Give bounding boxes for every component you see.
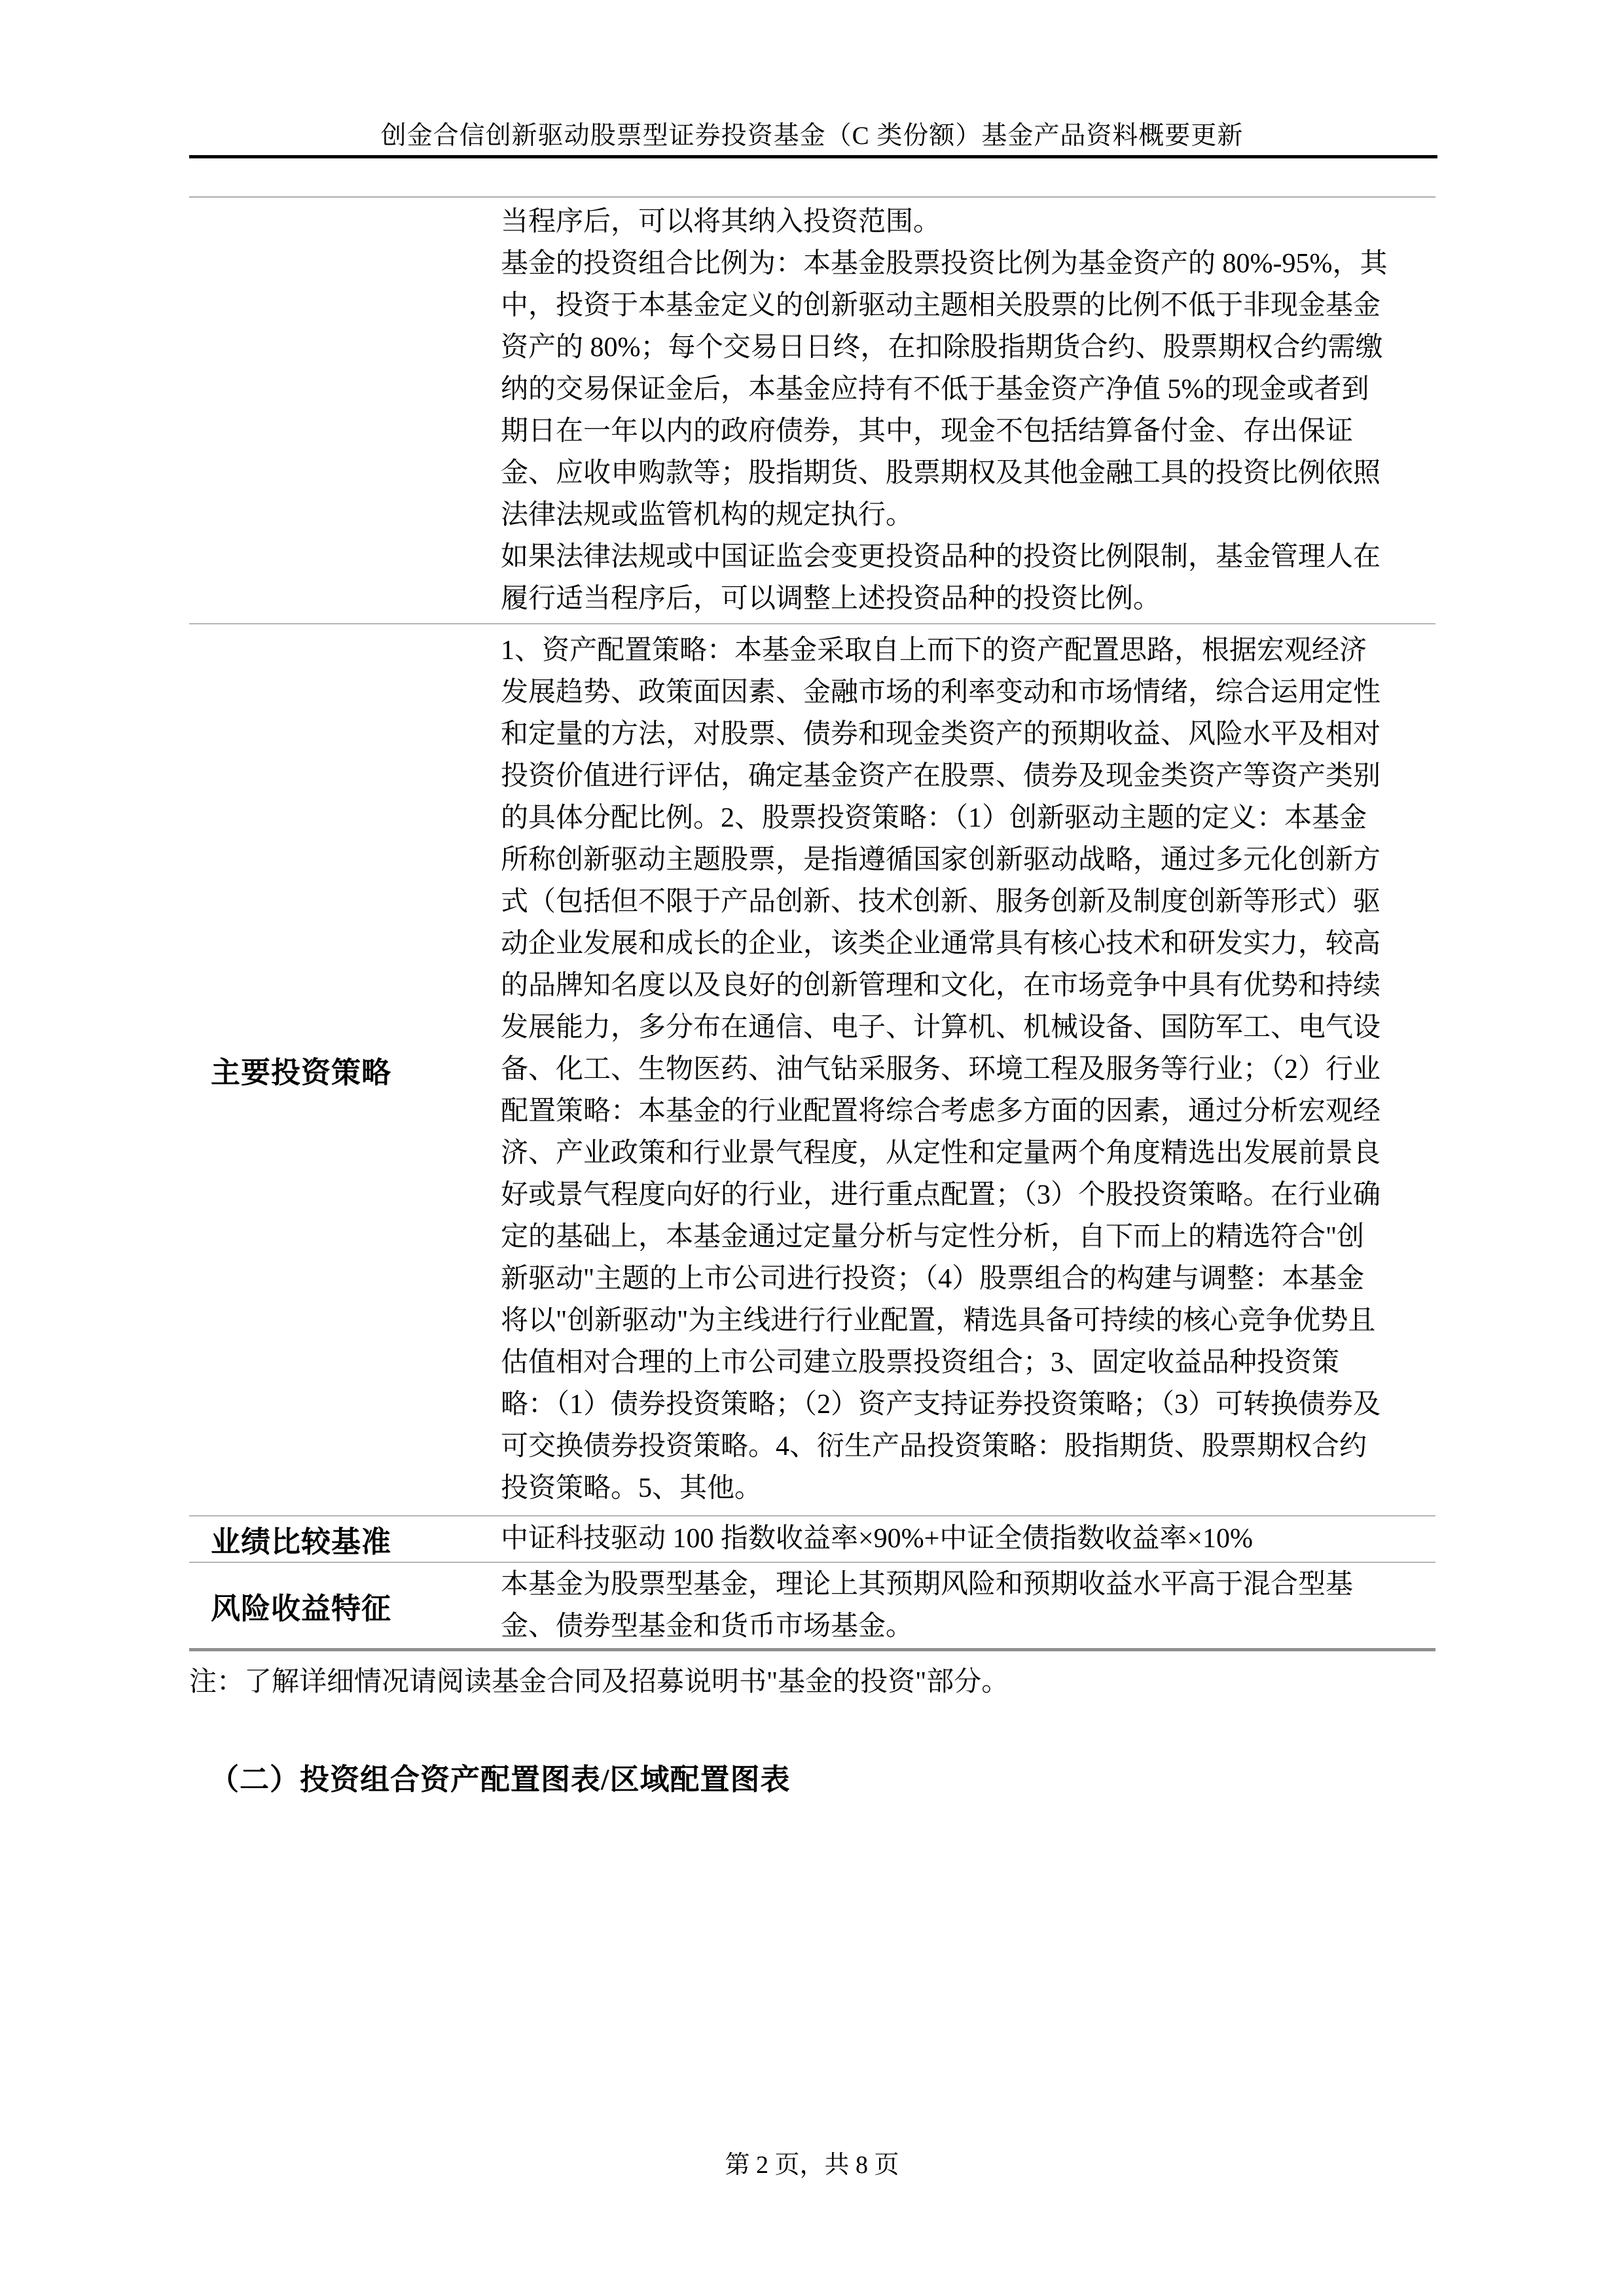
table-row-risk-return: 风险收益特征 本基金为股票型基金，理论上其预期风险和预期收益水平高于混合型基 金… — [189, 1563, 1435, 1651]
page-footer: 第 2 页，共 8 页 — [0, 2144, 1624, 2180]
row-label-main-strategy: 主要投资策略 — [189, 624, 501, 1515]
row-label-risk-return: 风险收益特征 — [189, 1563, 501, 1648]
table-row-main-strategy: 主要投资策略 1、资产配置策略：本基金采取自上而下的资产配置思路，根据宏观经济 … — [189, 624, 1435, 1516]
row-content-risk-return: 本基金为股票型基金，理论上其预期风险和预期收益水平高于混合型基 金、债券型基金和… — [501, 1563, 1435, 1648]
row-label-benchmark: 业绩比较基准 — [189, 1516, 501, 1562]
row-content-main-strategy: 1、资产配置策略：本基金采取自上而下的资产配置思路，根据宏观经济 发展趋势、政策… — [501, 624, 1435, 1515]
row-content-investment-scope: 当程序后，可以将其纳入投资范围。 基金的投资组合比例为：本基金股票投资比例为基金… — [501, 198, 1435, 623]
fund-info-table: 当程序后，可以将其纳入投资范围。 基金的投资组合比例为：本基金股票投资比例为基金… — [189, 196, 1435, 1651]
footnote: 注：了解详细情况请阅读基金合同及招募说明书"基金的投资"部分。 — [189, 1661, 1435, 1703]
table-row-benchmark: 业绩比较基准 中证科技驱动 100 指数收益率×90%+中证全债指数收益率×10… — [189, 1516, 1435, 1563]
table-row-investment-scope-continued: 当程序后，可以将其纳入投资范围。 基金的投资组合比例为：本基金股票投资比例为基金… — [189, 198, 1435, 624]
header-divider — [189, 155, 1437, 158]
document-title: 创金合信创新驱动股票型证券投资基金（C 类份额）基金产品资料概要更新 — [0, 115, 1624, 152]
section-heading-portfolio-charts: （二）投资组合资产配置图表/区域配置图表 — [209, 1755, 791, 1798]
row-label-empty — [189, 198, 501, 623]
document-page: 创金合信创新驱动股票型证券投资基金（C 类份额）基金产品资料概要更新 当程序后，… — [0, 0, 1624, 2296]
row-content-benchmark: 中证科技驱动 100 指数收益率×90%+中证全债指数收益率×10% — [501, 1516, 1435, 1562]
